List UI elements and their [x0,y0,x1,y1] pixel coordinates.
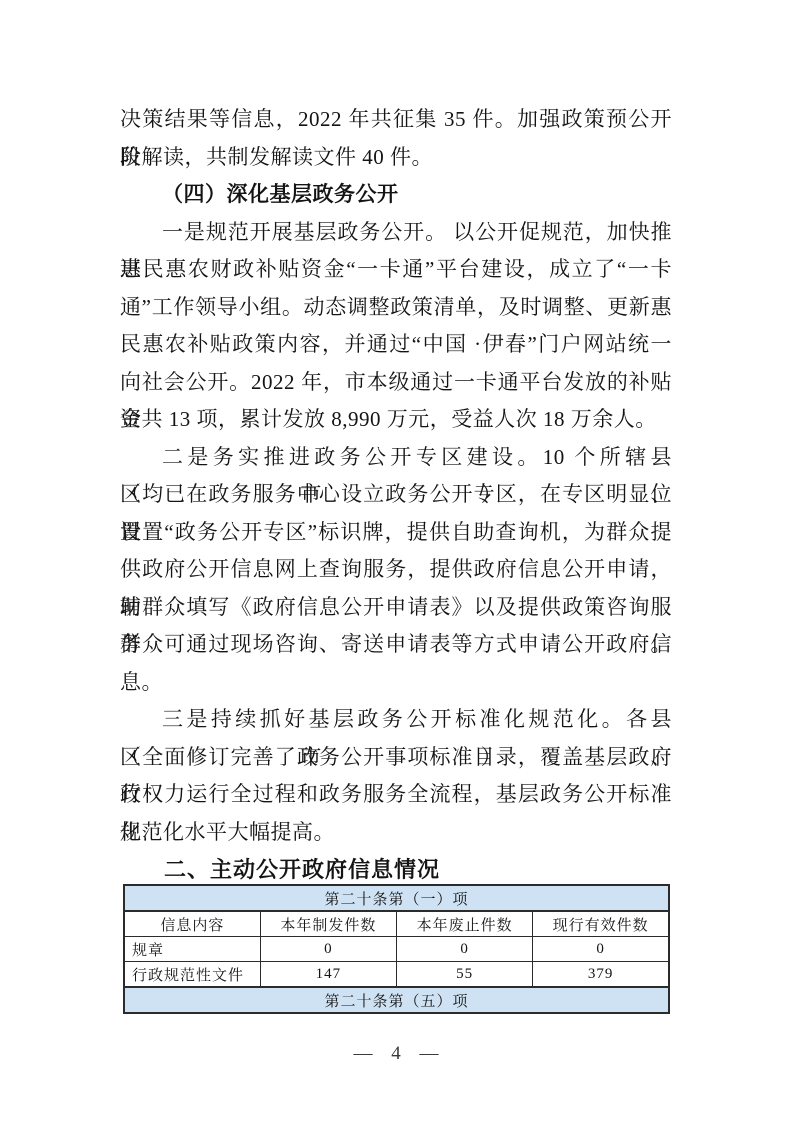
page-number: — 4 — [0,1043,793,1065]
document-page: 决策结果等信息，2022 年共征集 35 件。加强政策预公开阶 段解读，共制发解… [0,0,793,1122]
body-line: 向社会公开。2022 年，市本级通过一卡通平台发放的补贴资 [120,364,672,402]
body-line: 助群众填写《政府信息公开申请表》以及提供政策咨询服务。 [120,589,672,627]
table-row: 行政规范性文件 147 55 379 [124,962,669,988]
row-label: 行政规范性文件 [124,962,260,988]
info-disclosure-table: 第二十条第（一）项 信息内容 本年制发件数 本年废止件数 现行有效件数 规章 0… [123,884,670,1014]
body-line: 政权力运行全过程和政务服务全流程，基层政务公开标准化 [120,776,672,814]
body-line: 金共 13 项，累计发放 8,990 万元，受益人次 18 万余人。 [120,401,672,439]
table-cell: 55 [397,962,533,988]
table-cell: 0 [533,937,669,962]
body-line: 供政府公开信息网上查询服务，提供政府信息公开申请，辅 [120,551,672,589]
body-line: 三是持续抓好基层政务公开标准化规范化。各县（市）、 [120,701,672,739]
row-label: 规章 [124,937,260,962]
body-line: 惠民惠农财政补贴资金“一卡通”平台建设，成立了“一卡 [120,251,672,289]
body-line: 段解读，共制发解读文件 40 件。 [120,139,672,177]
column-header: 信息内容 [124,911,260,937]
table-band-row: 第二十条第（五）项 [124,987,669,1013]
body-line: 通”工作领导小组。动态调整政策清单，及时调整、更新惠 [120,289,672,327]
column-header: 现行有效件数 [533,911,669,937]
body-line: 息。 [120,664,672,702]
table-cell: 147 [260,962,396,988]
table-band-row: 第二十条第（一）项 [124,885,669,911]
section-heading-main: 二、主动公开政府信息情况 [120,851,672,889]
body-line: 一是规范开展基层政务公开。 以公开促规范，加快推进 [120,214,672,252]
table-band-bottom: 第二十条第（五）项 [124,987,669,1013]
body-line: 二是务实推进政务公开专区建设。10 个所辖县（市）、 [120,439,672,477]
table-cell: 379 [533,962,669,988]
body-line: 区均已在政务服务中心设立政务公开专区，在专区明显位置 [120,476,672,514]
body-line: 群众可通过现场咨询、寄送申请表等方式申请公开政府信 [120,626,672,664]
table-cell: 0 [397,937,533,962]
column-header: 本年制发件数 [260,911,396,937]
body-line: 区全面修订完善了政务公开事项标准目录，覆盖基层政府行 [120,739,672,777]
table-cell: 0 [260,937,396,962]
table-row: 规章 0 0 0 [124,937,669,962]
body-line: 决策结果等信息，2022 年共征集 35 件。加强政策预公开阶 [120,101,672,139]
table-band-top: 第二十条第（一）项 [124,885,669,911]
document-body: 决策结果等信息，2022 年共征集 35 件。加强政策预公开阶 段解读，共制发解… [120,101,672,889]
column-header: 本年废止件数 [397,911,533,937]
section-heading: （四）深化基层政务公开 [120,176,672,214]
body-line: 设置“政务公开专区”标识牌，提供自助查询机，为群众提 [120,514,672,552]
table-header-row: 信息内容 本年制发件数 本年废止件数 现行有效件数 [124,911,669,937]
body-line: 民惠农补贴政策内容，并通过“中国 ·伊春”门户网站统一 [120,326,672,364]
body-line: 规范化水平大幅提高。 [120,814,672,852]
